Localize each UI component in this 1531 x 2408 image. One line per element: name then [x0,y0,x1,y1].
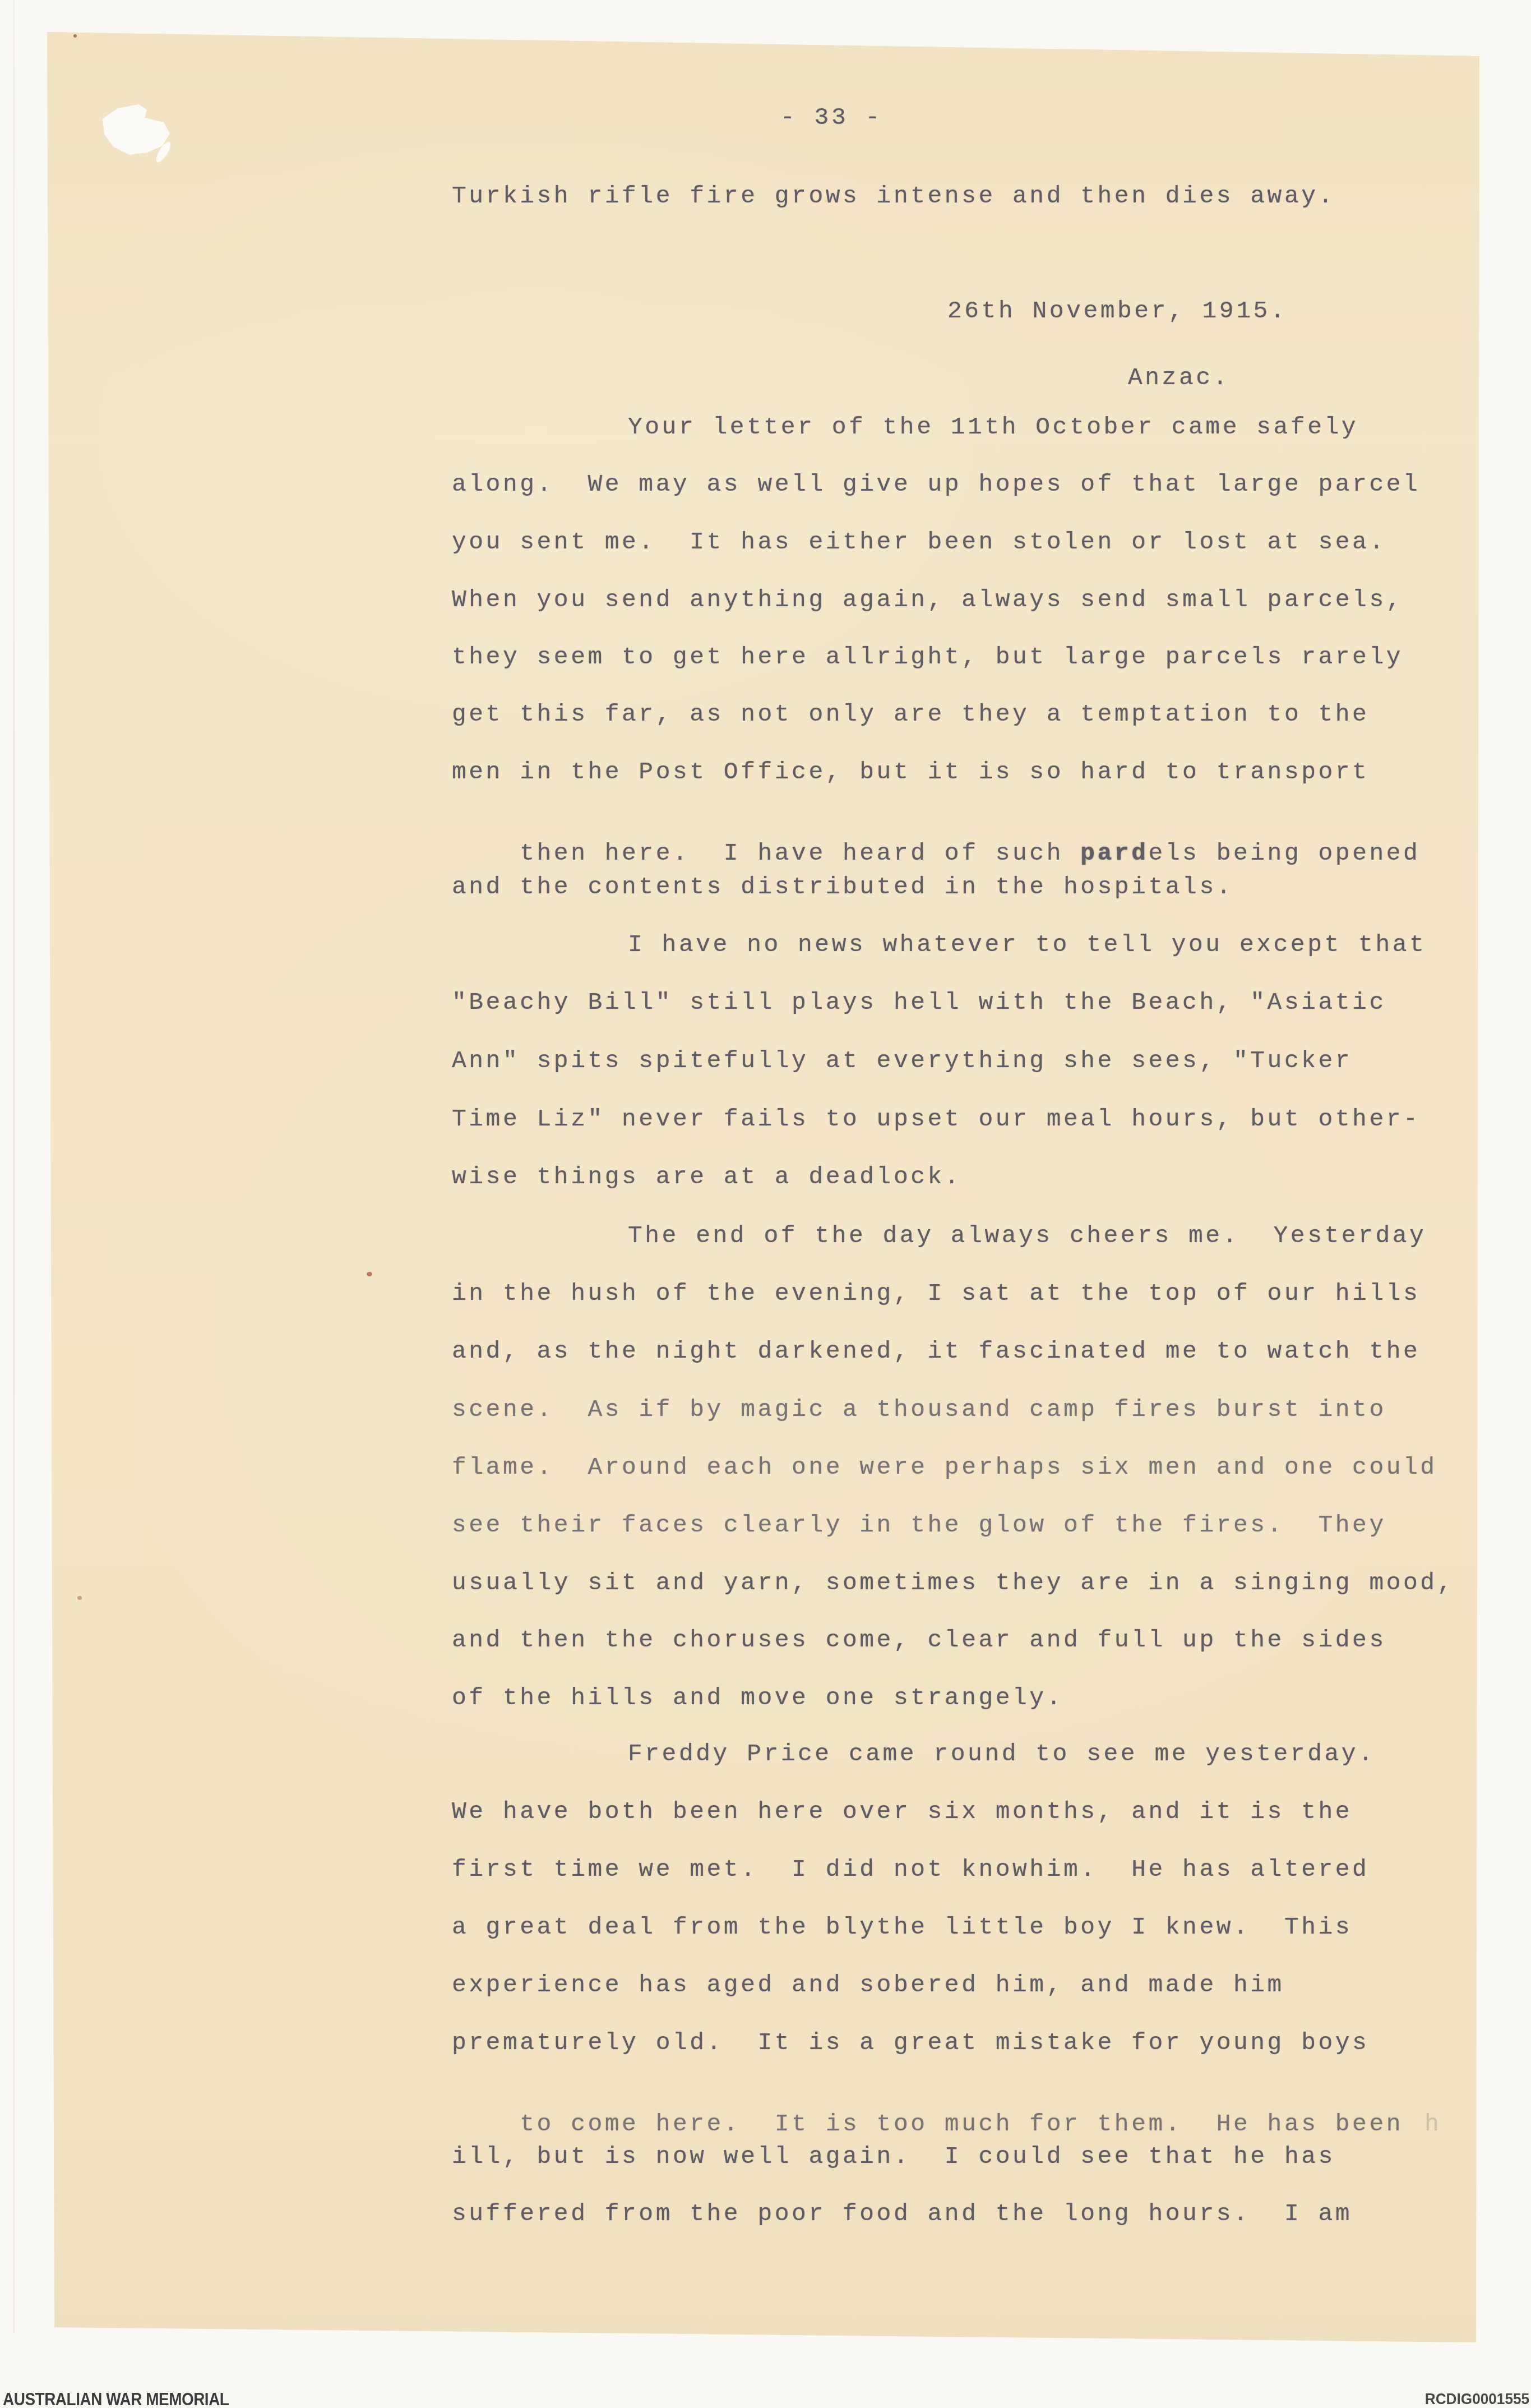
paper-speck [73,34,77,38]
letter-line: a great deal from the blythe little boy … [452,1915,1352,1939]
collection-id: RCDIG0001555 [1425,2391,1529,2408]
letter-line: see their faces clearly in the glow of t… [452,1513,1386,1537]
letter-line: in the hush of the evening, I sat at the… [452,1281,1420,1306]
letter-line: and, as the night darkened, it fascinate… [452,1339,1420,1363]
letter-line: "Beachy Bill" still plays hell with the … [452,990,1386,1014]
letter-line: flame. Around each one were perhaps six … [452,1455,1437,1479]
letter-line: Ann" spits spitefully at everything she … [452,1049,1352,1073]
letter-line: experience has aged and sobered him, and… [452,1973,1284,1997]
letter-line: wise things are at a deadlock. [452,1165,961,1189]
letter-line: get this far, as not only are they a tem… [452,702,1369,726]
ghost-character: h [1424,2110,1441,2138]
letter-line: The end of the day always cheers me. Yes… [628,1224,1426,1248]
place-line: Anzac. [1128,366,1230,390]
letter-line: first time we met. I did not knowhim. He… [452,1857,1369,1881]
letter-line: usually sit and yarn, sometimes they are… [452,1571,1454,1595]
letter-line: along. We may as well give up hopes of t… [452,472,1420,496]
letter-line: We have both been here over six months, … [452,1800,1352,1824]
scanned-letter-page: - 33 - Turkish rifle fire grows intense … [0,0,1531,2408]
letter-line: they seem to get here allright, but larg… [452,645,1403,669]
letter-line: and the contents distributed in the hosp… [452,875,1233,899]
letter-line: Turkish rifle fire grows intense and the… [452,184,1335,208]
scanner-sheet-edge [13,0,15,2333]
letter-line: ill, but is now well again. I could see … [452,2144,1335,2169]
overstruck-word: pard [1080,839,1148,867]
letter-line: Your letter of the 11th October came saf… [628,415,1358,439]
letter-line: men in the Post Office, but it is so har… [452,760,1369,784]
line-segment: to come here. It is too much for them. H… [520,2110,1403,2138]
letter-line: Freddy Price came round to see me yester… [628,1742,1375,1766]
letter-line: scene. As if by magic a thousand camp fi… [452,1397,1386,1422]
institution-watermark: AUSTRALIAN WAR MEMORIAL [3,2389,229,2408]
letter-line: suffered from the poor food and the long… [452,2202,1352,2226]
paper-speck [367,1272,372,1276]
letter-line: of the hills and move one strangely. [452,1686,1063,1710]
line-segment: then here. I have heard of such [520,839,1080,867]
letter-line: Time Liz" never fails to upset our meal … [452,1107,1420,1131]
letter-line: you sent me. It has either been stolen o… [452,530,1386,554]
line-segment: els being opened [1148,839,1420,867]
letter-line: When you send anything again, always sen… [452,588,1403,612]
letter-line: I have no news whatever to tell you exce… [628,933,1426,957]
paper-speck [77,1596,82,1600]
letter-line: prematurely old. It is a great mistake f… [452,2031,1369,2055]
dateline: 26th November, 1915. [947,299,1287,323]
page-number: - 33 - [780,105,882,130]
letter-line: and then the choruses come, clear and fu… [452,1628,1386,1652]
